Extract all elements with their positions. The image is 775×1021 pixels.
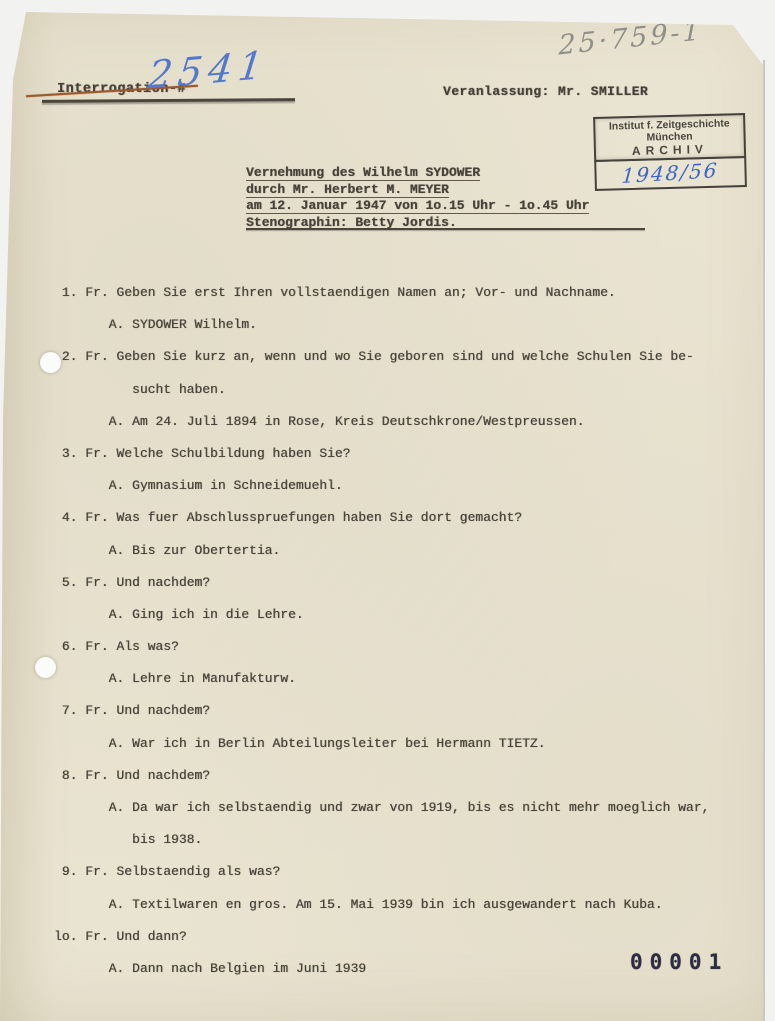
typed-line: A. Dann nach Belgien im Juni 1939	[54, 953, 709, 985]
scan-edge-line	[763, 60, 765, 1021]
typed-line: bis 1938.	[54, 824, 709, 856]
stamp-number-handwritten: 1948/56	[621, 157, 720, 189]
veranlassung-line: Veranlassung: Mr. SMILLER	[443, 84, 648, 99]
typed-line: A. Bis zur Obertertia.	[54, 535, 709, 567]
document-header: Vernehmung des Wilhelm SYDOWER durch Mr.…	[246, 165, 589, 230]
typed-line: 5. Fr. Und nachdem?	[54, 567, 709, 599]
header-line-datetime: am 12. Januar 1947 von 1o.15 Uhr - 1o.45…	[246, 198, 589, 214]
typed-line: 7. Fr. Und nachdem?	[54, 695, 709, 727]
typed-line: 1. Fr. Geben Sie erst Ihren vollstaendig…	[54, 277, 709, 309]
document-scan: 25·759-1 Interrogation-# 2541 Veranlassu…	[0, 0, 775, 1021]
typed-line: A. Da war ich selbstaendig und zwar von …	[54, 792, 709, 824]
paper-sheet: 25·759-1 Interrogation-# 2541 Veranlassu…	[0, 0, 775, 1021]
archive-mark-handwritten: 25·759-1	[559, 9, 758, 61]
hole-punch-bottom	[35, 657, 56, 678]
typed-line: 6. Fr. Als was?	[54, 631, 709, 663]
header-line-interrogator: durch Mr. Herbert M. MEYER	[246, 182, 449, 198]
header-line-subject: Vernehmung des Wilhelm SYDOWER	[246, 165, 480, 181]
typed-line: 3. Fr. Welche Schulbildung haben Sie?	[54, 438, 709, 470]
typed-line: sucht haben.	[54, 374, 709, 406]
typed-line: lo. Fr. Und dann?	[54, 921, 709, 953]
archive-stamp-box: Institut f. Zeitgeschichte München ARCHI…	[593, 113, 746, 162]
typed-line: A. Ging ich in die Lehre.	[54, 599, 709, 631]
typed-line: A. SYDOWER Wilhelm.	[54, 309, 709, 341]
typed-line: A. Gymnasium in Schneidemuehl.	[54, 470, 709, 502]
typed-line: 4. Fr. Was fuer Abschlusspruefungen habe…	[54, 502, 709, 534]
typed-line: 9. Fr. Selbstaendig als was?	[54, 856, 709, 888]
interrogation-number-handwritten: 2541	[145, 42, 271, 97]
stamp-number-box: 1948/56	[594, 157, 747, 191]
header-underline-rule	[246, 228, 645, 230]
archive-stamp: Institut f. Zeitgeschichte München ARCHI…	[593, 113, 747, 191]
stamp-archiv-line: ARCHIV	[598, 141, 742, 159]
typed-line: A. Lehre in Manufakturw.	[54, 663, 709, 695]
typed-line: A. Textilwaren en gros. Am 15. Mai 1939 …	[54, 889, 709, 921]
typed-line: A. Am 24. Juli 1894 in Rose, Kreis Deuts…	[54, 406, 709, 438]
typed-line: A. War ich in Berlin Abteilungsleiter be…	[54, 728, 709, 760]
page-number-stamp: 00001	[630, 950, 728, 974]
typed-line: 2. Fr. Geben Sie kurz an, wenn und wo Si…	[54, 341, 709, 373]
interrogation-underline-rule	[42, 98, 295, 102]
qa-transcript: 1. Fr. Geben Sie erst Ihren vollstaendig…	[54, 277, 709, 985]
typed-line: 8. Fr. Und nachdem?	[54, 760, 709, 792]
